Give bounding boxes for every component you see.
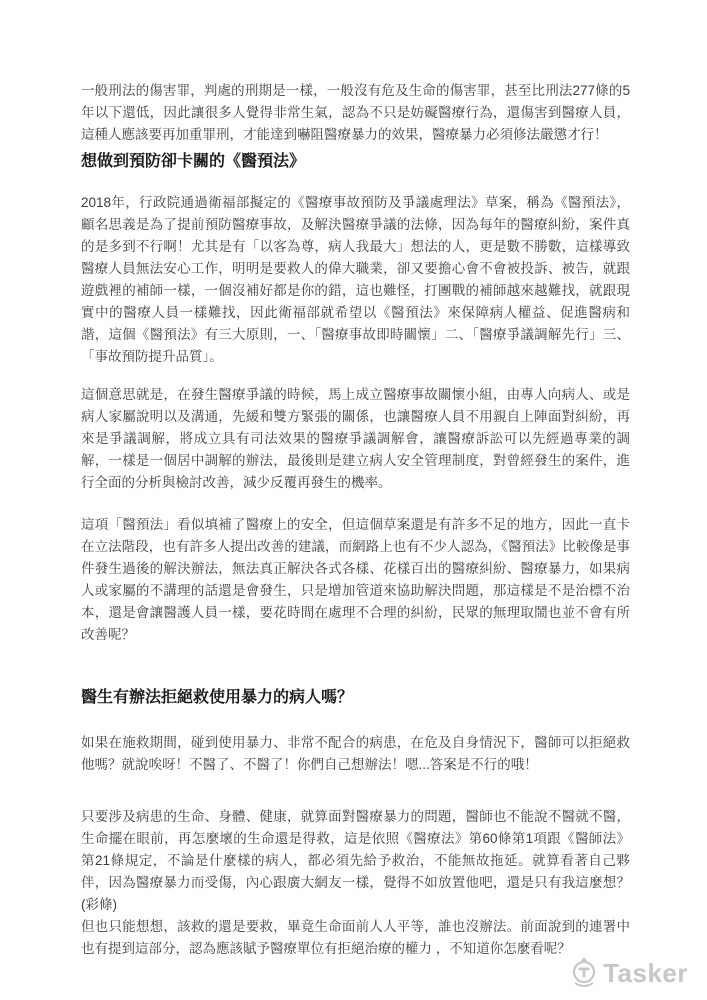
paragraph: 這個意思就是，在發生醫療爭議的時候，馬上成立醫療事故關懷小組，由專人向病人、或是… [81,384,630,494]
paragraph: 這項「醫預法」看似填補了醫療上的安全，但這個草案還是有許多不足的地方，因此一直卡… [81,514,630,646]
tasker-logo-icon [569,956,599,990]
section-heading-refuse-violent-patient: 醫生有辦法拒絕救使用暴力的病人嗎？ [81,686,630,710]
tasker-brand-text: Tasker [603,958,688,989]
paragraph: 如果在施救期間，碰到使用暴力、非常不配合的病患，在危及自身情況下，醫師可以拒絕救… [81,732,630,776]
section-heading-medical-prevention-law: 想做到預防卻卡關的《醫預法》 [81,150,630,174]
intro-paragraph: 一般刑法的傷害罪，判處的刑期是一樣，一般沒有危及生命的傷害罪，甚至比刑法277條… [81,80,630,146]
document-page: 一般刑法的傷害罪，判處的刑期是一樣，一般沒有危及生命的傷害罪，甚至比刑法277條… [0,0,707,1000]
paragraph: 但也只能想想，該救的還是要救，畢竟生命面前人人平等，誰也沒辦法。前面說到的連署中… [81,916,630,960]
paragraph: 2018年，行政院通過衛福部擬定的《醫療事故預防及爭議處理法》草案，稱為《醫預法… [81,192,630,368]
paragraph: 只要涉及病患的生命、身體、健康，就算面對醫療暴力的問題，醫師也不能說不醫就不醫，… [81,806,630,916]
tasker-watermark: Tasker [569,956,688,990]
article-body: 一般刑法的傷害罪，判處的刑期是一樣，一般沒有危及生命的傷害罪，甚至比刑法277條… [81,80,630,960]
